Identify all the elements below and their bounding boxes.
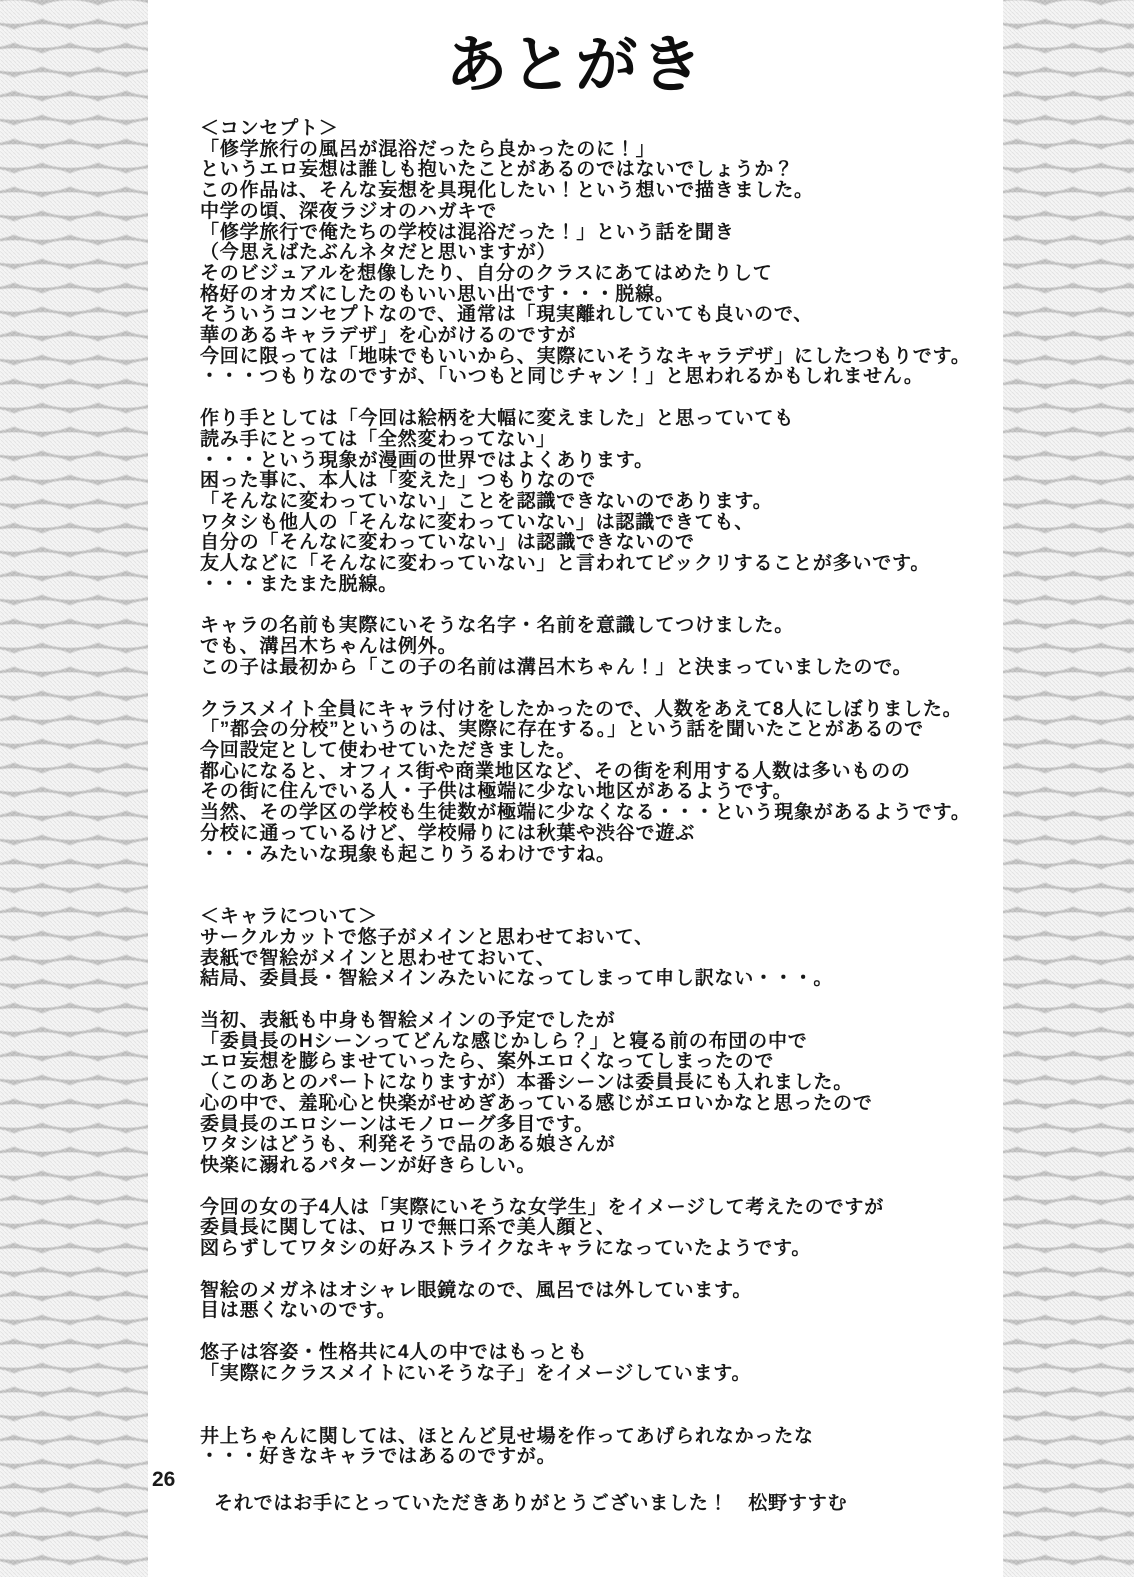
paragraph: 今回の女の子4人は「実際にいそうな女学生」をイメージして考えたのですが委員長に関…: [200, 1198, 993, 1260]
text-line: 智絵のメガネはオシャレ眼鏡なので、風呂では外しています。: [200, 1281, 993, 1302]
decorative-weave-border-right: [1003, 0, 1134, 1577]
paragraph: 井上ちゃんに関しては、ほとんど見せ場を作ってあげられなかったな・・・好きなキャラ…: [200, 1427, 993, 1468]
text-line: 「そんなに変わっていない」ことを認識できないのであります。: [200, 492, 993, 513]
text-line: ＜キャラについて＞: [200, 907, 993, 928]
page-number: 26: [152, 1468, 175, 1492]
text-line: ・・・という現象が漫画の世界ではよくあります。: [200, 451, 993, 472]
text-line: 委員長のエロシーンはモノローグ多目です。: [200, 1115, 993, 1136]
text-line: エロ妄想を膨らませていったら、案外エロくなってしまったので: [200, 1052, 993, 1073]
text-line: 快楽に溺れるパターンが好きらしい。: [200, 1156, 993, 1177]
text-line: 「修学旅行の風呂が混浴だったら良かったのに！」: [200, 140, 993, 161]
text-line: 「委員長のHシーンってどんな感じかしら？」と寝る前の布団の中で: [200, 1032, 993, 1053]
text-line: そういうコンセプトなので、通常は「現実離れしていても良いので、: [200, 305, 993, 326]
text-line: ・・・つもりなのですが、「いつもと同じチャン！」と思われるかもしれません。: [200, 367, 993, 388]
text-line: 困った事に、本人は「変えた」つもりなので: [200, 471, 993, 492]
text-line: 表紙で智絵がメインと思わせておいて、: [200, 949, 993, 970]
text-line: ＜コンセプト＞: [200, 119, 993, 140]
text-line: ・・・またまた脱線。: [200, 575, 993, 596]
text-line: そのビジュアルを想像したり、自分のクラスにあてはめたりして: [200, 264, 993, 285]
text-line: 自分の「そんなに変わっていない」は認識できないので: [200, 533, 993, 554]
text-line: （今思えばたぶんネタだと思いますが）: [200, 243, 993, 264]
text-line: 委員長に関しては、ロリで無口系で美人顔と、: [200, 1218, 993, 1239]
text-line: 「実際にクラスメイトにいそうな子」をイメージしています。: [200, 1364, 993, 1385]
text-line: この作品は、そんな妄想を具現化したい！という想いで描きました。: [200, 181, 993, 202]
text-line: その街に住んでいる人・子供は極端に少ない地区があるようです。: [200, 782, 993, 803]
paragraph: 当初、表紙も中身も智絵メインの予定でしたが「委員長のHシーンってどんな感じかしら…: [200, 1011, 993, 1177]
paragraph: 悠子は容姿・性格共に4人の中ではもっとも「実際にクラスメイトにいそうな子」をイメ…: [200, 1343, 993, 1384]
text-line: クラスメイト全員にキャラ付けをしたかったので、人数をあえて8人にしぼりました。: [200, 700, 993, 721]
text-line: ワタシも他人の「そんなに変わっていない」は認識できても、: [200, 513, 993, 534]
text-line: 華のあるキャラデザ」を心がけるのですが: [200, 326, 993, 347]
afterword-page: あとがき ＜コンセプト＞「修学旅行の風呂が混浴だったら良かったのに！」というエロ…: [0, 0, 1134, 1577]
text-line: 図らずしてワタシの好みストライクなキャラになっていたようです。: [200, 1239, 993, 1260]
text-line: 心の中で、羞恥心と快楽がせめぎあっている感じがエロいかなと思ったので: [200, 1094, 993, 1115]
paragraph: 智絵のメガネはオシャレ眼鏡なので、風呂では外しています。目は悪くないのです。: [200, 1281, 993, 1322]
text-line: 分校に通っているけど、学校帰りには秋葉や渋谷で遊ぶ: [200, 824, 993, 845]
text-line: 当然、その学区の学校も生徒数が極端に少なくなる・・・という現象があるようです。: [200, 803, 993, 824]
paragraph: ＜キャラについて＞サークルカットで悠子がメインと思わせておいて、表紙で智絵がメイ…: [200, 907, 993, 990]
text-line: ・・・好きなキャラではあるのですが。: [200, 1447, 993, 1468]
text-line: 作り手としては「今回は絵柄を大幅に変えました」と思っていても: [200, 409, 993, 430]
text-line: （このあとのパートになりますが）本番シーンは委員長にも入れました。: [200, 1073, 993, 1094]
paragraph: ＜コンセプト＞「修学旅行の風呂が混浴だったら良かったのに！」というエロ妄想は誰し…: [200, 119, 993, 388]
text-line: というエロ妄想は誰しも抱いたことがあるのではないでしょうか？: [200, 160, 993, 181]
text-line: 今回に限っては「地味でもいいから、実際にいそうなキャラデザ」にしたつもりです。: [200, 347, 993, 368]
text-line: 読み手にとっては「全然変わってない」: [200, 430, 993, 451]
body-text: ＜コンセプト＞「修学旅行の風呂が混浴だったら良かったのに！」というエロ妄想は誰し…: [148, 119, 1003, 1515]
text-line: 格好のオカズにしたのもいい思い出です・・・脱線。: [200, 285, 993, 306]
decorative-weave-border-left: [0, 0, 148, 1577]
text-line: 結局、委員長・智絵メインみたいになってしまって申し訳ない・・・。: [200, 969, 993, 990]
paragraph: 作り手としては「今回は絵柄を大幅に変えました」と思っていても読み手にとっては「全…: [200, 409, 993, 595]
page-title: あとがき: [148, 30, 1003, 102]
text-line: 今回設定として使わせていただきました。: [200, 741, 993, 762]
text-line: ・・・みたいな現象も起こりうるわけですね。: [200, 845, 993, 866]
text-line: 悠子は容姿・性格共に4人の中ではもっとも: [200, 1343, 993, 1364]
text-line: ワタシはどうも、利発そうで品のある娘さんが: [200, 1135, 993, 1156]
text-line: 当初、表紙も中身も智絵メインの予定でしたが: [200, 1011, 993, 1032]
text-line: それではお手にとっていただきありがとうございました！ 松野すすむ: [214, 1494, 993, 1515]
paragraph: キャラの名前も実際にいそうな名字・名前を意識してつけました。でも、溝呂木ちゃんは…: [200, 616, 993, 678]
paragraph: クラスメイト全員にキャラ付けをしたかったので、人数をあえて8人にしぼりました。「…: [200, 700, 993, 866]
page-content: あとがき ＜コンセプト＞「修学旅行の風呂が混浴だったら良かったのに！」というエロ…: [148, 0, 1003, 1577]
text-line: 今回の女の子4人は「実際にいそうな女学生」をイメージして考えたのですが: [200, 1198, 993, 1219]
text-line: サークルカットで悠子がメインと思わせておいて、: [200, 928, 993, 949]
text-line: 目は悪くないのです。: [200, 1301, 993, 1322]
text-line: 中学の頃、深夜ラジオのハガキで: [200, 202, 993, 223]
text-line: 「修学旅行で俺たちの学校は混浴だった！」という話を聞き: [200, 223, 993, 244]
paragraph: それではお手にとっていただきありがとうございました！ 松野すすむ: [200, 1494, 993, 1515]
text-line: この子は最初から「この子の名前は溝呂木ちゃん！」と決まっていましたので。: [200, 658, 993, 679]
text-line: 「”都会の分校”というのは、実際に存在する。」という話を聞いたことがあるので: [200, 720, 993, 741]
text-line: 井上ちゃんに関しては、ほとんど見せ場を作ってあげられなかったな: [200, 1427, 993, 1448]
text-line: キャラの名前も実際にいそうな名字・名前を意識してつけました。: [200, 616, 993, 637]
text-line: 友人などに「そんなに変わっていない」と言われてビックリすることが多いです。: [200, 554, 993, 575]
text-line: 都心になると、オフィス街や商業地区など、その街を利用する人数は多いものの: [200, 762, 993, 783]
text-line: でも、溝呂木ちゃんは例外。: [200, 637, 993, 658]
